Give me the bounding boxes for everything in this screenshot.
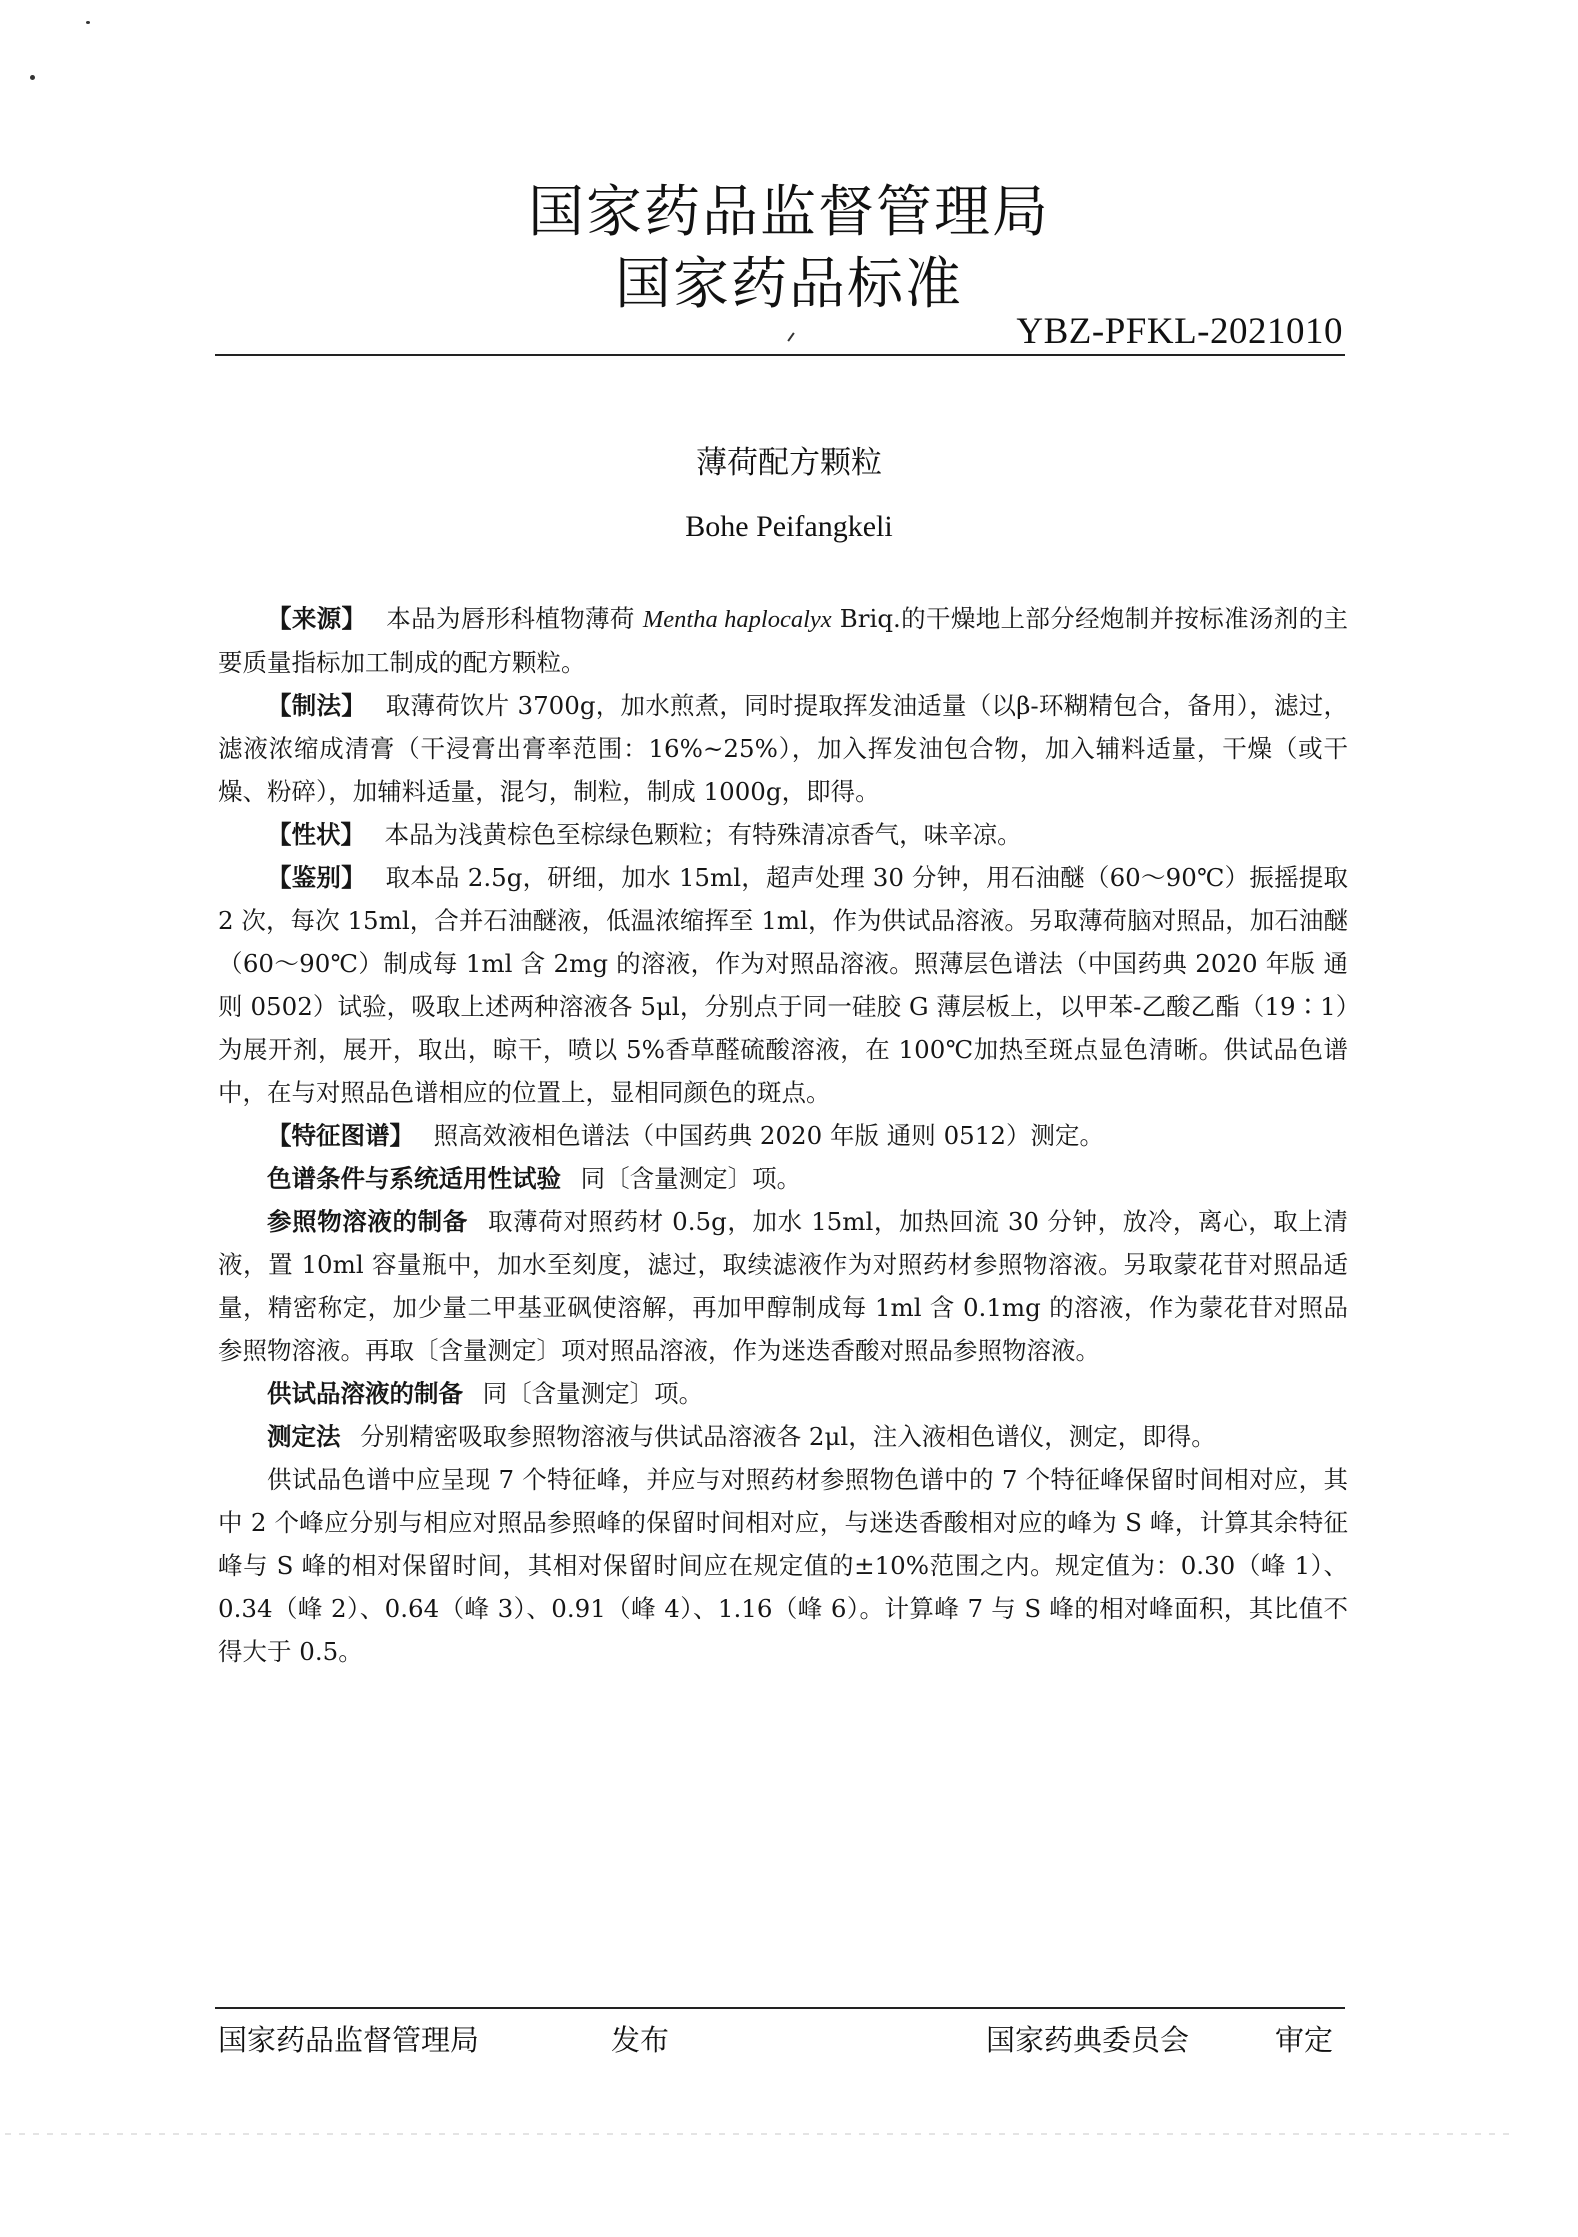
section-reference-solution: 参照物溶液的制备取薄荷对照药材 0.5g，加水 15ml，加热回流 30 分钟，… [218, 1200, 1348, 1372]
publisher-name: 国家药品监督管理局 [218, 2018, 479, 2059]
scan-artifact-line [5, 2133, 1515, 2135]
section-requirements: 供试品色谱中应呈现 7 个特征峰，并应与对照药材参照物色谱中的 7 个特征峰保留… [218, 1458, 1348, 1673]
section-label: 【来源】 [267, 604, 366, 633]
scan-speck [30, 75, 35, 80]
section-source: 【来源】本品为唇形科植物薄荷 Mentha haplocalyx Briq.的干… [218, 597, 1348, 684]
product-name-cn: 薄荷配方颗粒 [0, 437, 1578, 482]
section-text: 同〔含量测定〕项。 [483, 1379, 704, 1408]
document-body: 【来源】本品为唇形科植物薄荷 Mentha haplocalyx Briq.的干… [218, 597, 1348, 1673]
section-description: 【性状】本品为浅黄棕色至棕绿色颗粒；有特殊清凉香气，味辛凉。 [218, 813, 1348, 856]
section-identification: 【鉴别】取本品 2.5g，研细，加水 15ml，超声处理 30 分钟，用石油醚（… [218, 856, 1348, 1114]
section-label: 【性状】 [267, 820, 365, 849]
publish-action: 发布 [611, 2018, 669, 2059]
section-text: 照高效液相色谱法（中国药典 2020 年版 通则 0512）测定。 [434, 1121, 1104, 1150]
section-label: 供试品溶液的制备 [267, 1379, 463, 1408]
reviewer-name: 国家药典委员会 [986, 2018, 1189, 2059]
footer: 国家药品监督管理局 发布 国家药典委员会 审定 [218, 2018, 1348, 2058]
section-text: 本品为浅黄棕色至棕绿色颗粒；有特殊清凉香气，味辛凉。 [385, 820, 1022, 849]
header-divider [215, 354, 1345, 356]
latin-name: Mentha haplocalyx [643, 606, 832, 633]
section-chromatographic-conditions: 色谱条件与系统适用性试验同〔含量测定〕项。 [218, 1157, 1348, 1200]
document-type-title: 国家药品标准 [0, 240, 1578, 320]
standard-code: YBZ-PFKL-2021010 [1016, 310, 1343, 353]
scan-speck [86, 21, 90, 24]
section-label: 测定法 [267, 1422, 341, 1451]
section-preparation: 【制法】取薄荷饮片 3700g，加水煎煮，同时提取挥发油适量（以β-环糊精包合，… [218, 684, 1348, 813]
section-text: 分别精密吸取参照物溶液与供试品溶液各 2μl，注入液相色谱仪，测定，即得。 [360, 1422, 1216, 1451]
section-method: 测定法分别精密吸取参照物溶液与供试品溶液各 2μl，注入液相色谱仪，测定，即得。 [218, 1415, 1348, 1458]
section-text: 同〔含量测定〕项。 [581, 1164, 802, 1193]
review-action: 审定 [1275, 2018, 1333, 2059]
section-label: 参照物溶液的制备 [267, 1207, 468, 1236]
agency-title: 国家药品监督管理局 [0, 168, 1578, 248]
section-text: 本品为唇形科植物薄荷 [386, 604, 643, 633]
section-label: 【特征图谱】 [267, 1121, 414, 1150]
section-text: 取薄荷饮片 3700g，加水煎煮，同时提取挥发油适量（以β-环糊精包合，备用），… [218, 691, 1348, 806]
product-name-pinyin: Bohe Peifangkeli [0, 510, 1578, 544]
footer-divider [215, 2007, 1345, 2009]
scan-mark [787, 332, 794, 341]
section-label: 【鉴别】 [267, 863, 366, 892]
section-text: 供试品色谱中应呈现 7 个特征峰，并应与对照药材参照物色谱中的 7 个特征峰保留… [218, 1465, 1348, 1666]
section-fingerprint: 【特征图谱】照高效液相色谱法（中国药典 2020 年版 通则 0512）测定。 [218, 1114, 1348, 1157]
section-text: 取本品 2.5g，研细，加水 15ml，超声处理 30 分钟，用石油醚（60～9… [218, 863, 1348, 1107]
section-label: 【制法】 [267, 691, 366, 720]
section-label: 色谱条件与系统适用性试验 [267, 1164, 561, 1193]
section-test-solution: 供试品溶液的制备同〔含量测定〕项。 [218, 1372, 1348, 1415]
